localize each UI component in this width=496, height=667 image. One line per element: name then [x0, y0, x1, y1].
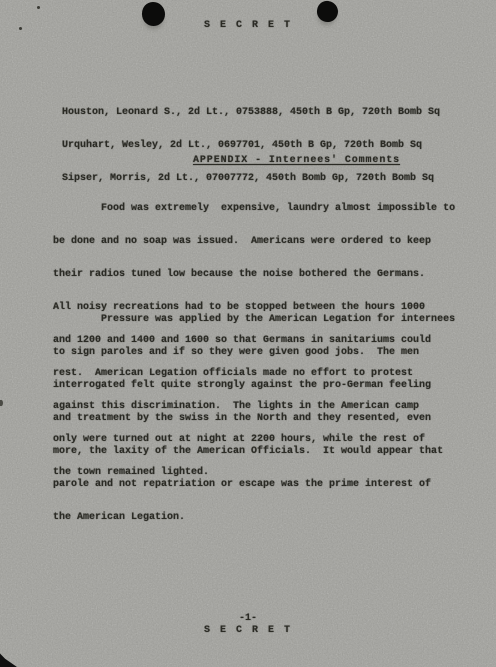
body-line: be done and no soap was issued. American… — [53, 236, 455, 247]
body-line: their radios tuned low because the noise… — [53, 269, 455, 280]
classification-footer: S E C R E T — [0, 625, 496, 636]
body-line: interrogated felt quite strongly against… — [53, 380, 455, 391]
appendix-heading: APPENDIX - Internees' Comments — [193, 155, 400, 166]
body-line: Pressure was applied by the American Leg… — [53, 314, 455, 325]
body-line: more, the laxity of the American Officia… — [53, 446, 455, 457]
roster-line: Houston, Leonard S., 2d Lt., 0753888, 45… — [62, 107, 440, 118]
roster-line: Urquhart, Wesley, 2d Lt., 0697701, 450th… — [62, 140, 440, 151]
scanned-document-page: S E C R E T Houston, Leonard S., 2d Lt.,… — [0, 0, 496, 667]
classification-header: S E C R E T — [0, 20, 496, 31]
body-line: Food was extremely expensive, laundry al… — [53, 203, 455, 214]
body-line: the American Legation. — [53, 512, 455, 523]
corner-mark — [0, 652, 17, 667]
page-number: -1- — [0, 613, 496, 624]
body-line: and treatment by the swiss in the North … — [53, 413, 455, 424]
paragraph-2: Pressure was applied by the American Leg… — [53, 292, 455, 545]
ink-speck — [37, 6, 40, 9]
body-line: parole and not repatriation or escape wa… — [53, 479, 455, 490]
edge-mark — [0, 400, 3, 406]
body-line: to sign paroles and if so they were give… — [53, 347, 455, 358]
